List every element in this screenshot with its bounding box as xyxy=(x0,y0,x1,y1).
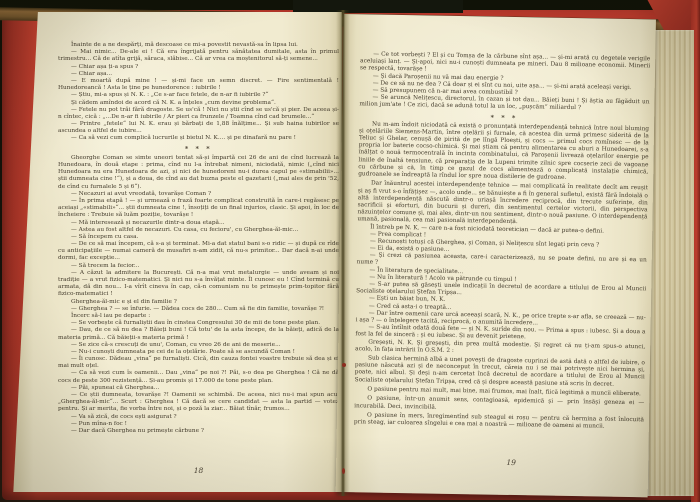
paragraph: — Ca să vezi cum îs oamenii... Dau „vina… xyxy=(58,370,339,384)
paragraph: — Să începem cu casa. xyxy=(58,234,339,241)
paragraph: — Chiar așa ți-a spus ? xyxy=(58,64,339,71)
paragraph: — Ca să vezi cum complică lucrurile și b… xyxy=(58,135,339,142)
paragraph: Gheorghe Coman se simte uneori tentat să… xyxy=(58,155,339,191)
paragraph: — Dar dacă Gherghea nu primește cărbune … xyxy=(58,428,339,435)
left-page: Înainte de a ne despărți, mă descoase ce… xyxy=(10,12,342,492)
paragraph: — În prima etapă ! — și urmează o frază … xyxy=(58,198,339,220)
paragraph: — Dau, de ce să nu dea ? Băieți buni ! C… xyxy=(58,327,339,341)
paragraph: — A căzut la admitere la București. Că n… xyxy=(58,270,339,299)
book-photo: { "document": { "kind": "scanned open bo… xyxy=(0,0,700,502)
paragraph: — Chiar așa... xyxy=(58,71,339,78)
paragraph: — Necazuri ai avut vreodată, tovarășe Co… xyxy=(58,191,339,198)
paragraph: — Va să zică, de cocs ești asigurat ? xyxy=(58,414,339,421)
paragraph: — Mai nimic... De-ale ei ! Că era îngrij… xyxy=(58,49,339,63)
paragraph: — Fetele nu pot trăi fără dragoste. Se u… xyxy=(58,107,339,121)
paragraph: Nu m-am îndoit niciodată că există o pro… xyxy=(358,121,649,184)
gutter-red-speck xyxy=(342,363,346,367)
paragraph: — Nu-i cunoști dumneata pe cei de la oțe… xyxy=(58,349,339,356)
left-page-number: 18 xyxy=(58,466,339,475)
paragraph: Gherghea-ăl-mic e și el din familie ? xyxy=(58,299,339,306)
paragraph: — Să trecem la fecior... xyxy=(58,263,339,270)
paragraph: — De ce să mai începem, că s-a și termin… xyxy=(58,241,339,263)
paragraph: — Știu, mi-a spus și N. K. : „Ce s-ar fa… xyxy=(58,92,339,99)
gutter-red-speck xyxy=(342,468,345,474)
background-gap xyxy=(293,0,463,13)
paragraph: Și cădem amîndoi de acord că N. K. a înț… xyxy=(58,100,339,107)
paragraph: — E moartă după mine ! — și-mi face un s… xyxy=(58,78,339,92)
paragraph: — Pun mîna-n foc ! xyxy=(58,421,339,428)
left-page-text: Înainte de a ne despărți, mă descoase ce… xyxy=(58,42,339,435)
paragraph: — Păi, spuneai că Gherghea... xyxy=(58,385,339,392)
paragraph: Dar înăuntrul acestei interdependențe te… xyxy=(357,181,648,229)
paragraph: Sub clasica hermină albă a unei povești … xyxy=(355,355,645,389)
paragraph: — Se zice că-s crescuți de unu', Coman, … xyxy=(58,342,339,349)
paragraph: — Ce știi dumneata, tovarășe ?! Oamenii … xyxy=(58,392,339,414)
paragraph: — Printre „fetele“ lui N. K. erau și băr… xyxy=(58,121,339,135)
paragraph: — Gherghea ? — se înfurie. — Dădea cocs … xyxy=(58,306,339,313)
book-gutter xyxy=(336,10,350,496)
paragraph: — Astea au fost altfel de necazuri. Cu c… xyxy=(58,227,339,234)
paragraph: — Îi cunosc. Dădeau „vina“ pe furnaliști… xyxy=(58,356,339,370)
right-page-text: — Ce tot vorbești ? El și cu Tomșa de la… xyxy=(354,51,651,431)
right-page: — Ce tot vorbești ? El și cu Tomșa de la… xyxy=(336,14,656,497)
section-separator: * * * xyxy=(58,146,339,153)
paragraph: — Mă interesează și necazurile dintr-a d… xyxy=(58,220,339,227)
